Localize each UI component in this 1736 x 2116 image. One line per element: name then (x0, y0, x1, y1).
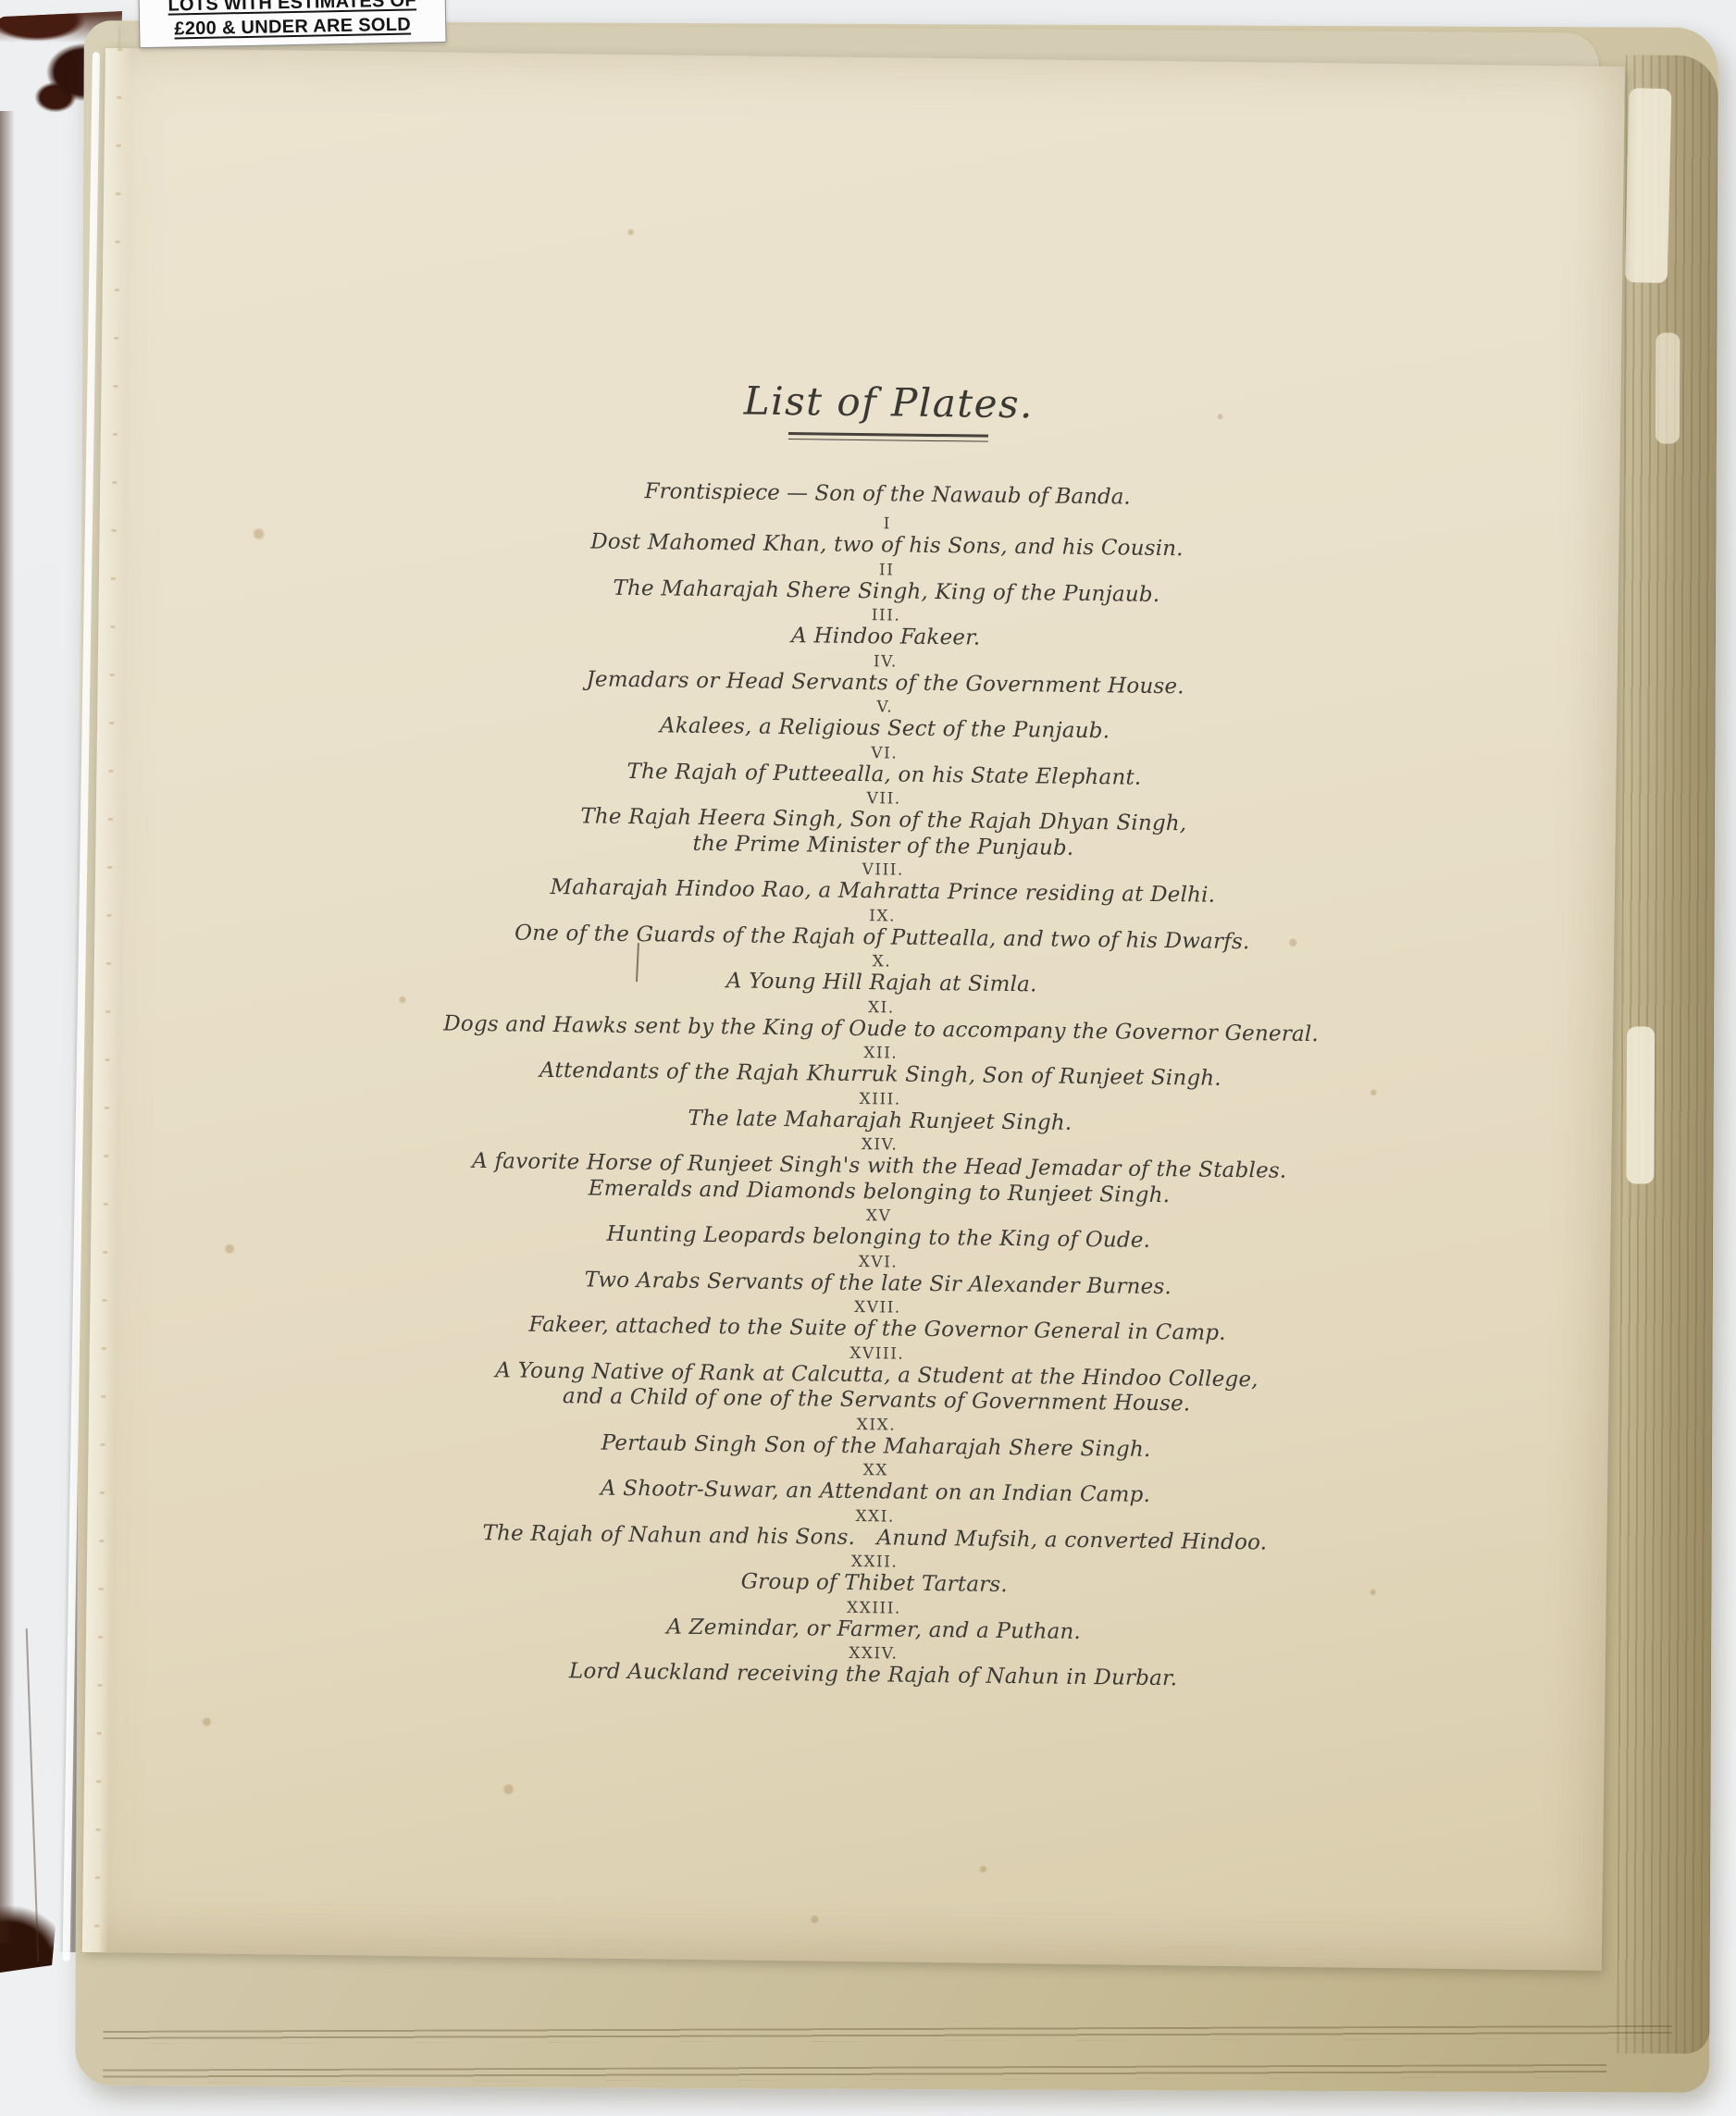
plate-numeral: XI. (868, 999, 895, 1016)
plate-numeral: IV. (874, 653, 898, 670)
plate-entry: I Dost Mahomed Khan, two of his Sons, an… (590, 512, 1184, 562)
plate-numeral: XXIII. (847, 1599, 901, 1616)
plate-numeral: I (884, 515, 891, 532)
list-of-plates-text: List of Plates. Frontispiece — Son of th… (122, 370, 1639, 1697)
plate-entry: XXIV. Lord Auckland receiving the Rajah … (569, 1641, 1178, 1692)
foxing-spot (627, 229, 635, 236)
plate-numeral: III. (872, 607, 901, 624)
plate-entry: VI. The Rajah of Putteealla, on his Stat… (626, 741, 1141, 790)
foxing-spot (810, 1914, 819, 1924)
plate-numeral: XV (866, 1207, 892, 1224)
plate-entry: X. A Young Hill Rajah at Simla. (726, 951, 1037, 998)
page-title: List of Plates. (743, 377, 1034, 427)
auction-label-line2: £200 & UNDER ARE SOLD (145, 12, 440, 42)
plate-numeral: XIX. (857, 1417, 897, 1434)
plate-title: Attendants of the Rajah Khurruk Singh, S… (539, 1058, 1221, 1093)
plate-numeral: XX (863, 1462, 888, 1479)
plate-entry: XVI. Two Arabs Servants of the late Sir … (584, 1250, 1172, 1300)
plate-numeral: XIII. (859, 1091, 900, 1108)
foxing-spot (202, 1716, 212, 1726)
plate-title: One of the Guards of the Rajah of Puttea… (515, 921, 1250, 955)
title-rule (788, 432, 988, 442)
plate-numeral: II (879, 562, 895, 578)
frontispiece-line: Frontispiece — Son of the Nawaub of Band… (644, 478, 1130, 510)
album-page: List of Plates. Frontispiece — Son of th… (82, 48, 1625, 1971)
cover-left-edge (0, 111, 15, 1943)
plate-title: A Shootr-Suwar, an Attendant on an India… (601, 1477, 1150, 1509)
plate-entry: XIV. A favorite Horse of Runjeet Singh's… (472, 1132, 1287, 1210)
plate-numeral: XIV. (862, 1136, 899, 1153)
plate-entry: II The Maharajah Shere Singh, King of th… (613, 558, 1159, 608)
plate-numeral: XXIV. (849, 1645, 898, 1663)
stack-chip (1655, 333, 1680, 444)
plate-entry: XII. Attendants of the Rajah Khurruk Sin… (539, 1041, 1221, 1092)
plate-entry: XVIII. A Young Native of Rank at Calcutt… (495, 1341, 1259, 1418)
stack-edge-lines-bottom (103, 2064, 1606, 2083)
plate-numeral: X. (873, 953, 892, 970)
plate-numeral: VIII. (862, 861, 904, 879)
plate-entry: XV Hunting Leopards belonging to the Kin… (606, 1205, 1150, 1255)
plate-entry: VII. The Rajah Heera Singh, Son of the R… (580, 786, 1187, 862)
plate-entry: XIX. Pertaub Singh Son of the Maharajah … (601, 1413, 1151, 1463)
plate-numeral: IX. (869, 908, 896, 924)
auction-label: LOTS WITH ESTIMATES OF £200 & UNDER ARE … (138, 0, 446, 48)
plate-entry: XXI. The Rajah of Nahun and his Sons. An… (482, 1503, 1267, 1556)
plate-numeral: V. (876, 699, 893, 715)
plate-entry: III. A Hindoo Fakeer. (791, 606, 981, 651)
plate-numeral: XVI. (859, 1254, 899, 1271)
plate-title: Pertaub Singh Son of the Maharajah Shere… (601, 1430, 1151, 1463)
plate-title: Hunting Leopards belonging to the King o… (606, 1222, 1150, 1255)
plate-entry: XVII. Fakeer, attached to the Suite of t… (528, 1295, 1226, 1347)
plate-numeral: XXI. (855, 1508, 895, 1526)
foxing-spot (502, 1783, 515, 1795)
plate-title: The late Maharajah Runjeet Singh. (688, 1106, 1072, 1136)
plate-title: The Rajah of Nahun and his Sons. Anund M… (482, 1521, 1267, 1556)
plate-entry: XX A Shootr-Suwar, an Attendant on an In… (601, 1459, 1151, 1509)
plate-title: The Rajah of Putteealla, on his State El… (626, 759, 1141, 790)
plate-entry: IV. Jemadars or Head Servants of the Gov… (586, 650, 1184, 699)
plate-title: A Young Hill Rajah at Simla. (726, 969, 1037, 998)
plate-entry: XIII. The late Maharajah Runjeet Singh. (688, 1088, 1073, 1136)
foxing-spot (979, 1865, 987, 1874)
plate-title-line2: the Prime Minister of the Punjaub. (692, 831, 1073, 861)
plates-list: I Dost Mahomed Khan, two of his Sons, an… (436, 508, 1325, 1694)
plate-entry: VIII. Maharajah Hindoo Rao, a Mahratta P… (550, 858, 1215, 909)
plate-title: Dost Mahomed Khan, two of his Sons, and … (590, 529, 1184, 562)
plate-title: A Hindoo Fakeer. (791, 624, 980, 651)
plate-title: Two Arabs Servants of the late Sir Alexa… (584, 1268, 1172, 1300)
plate-title: A Zemindar, or Farmer, and a Puthan. (666, 1615, 1081, 1645)
plate-entry: V. Akalees, a Religious Sect of the Punj… (660, 696, 1110, 744)
plate-title: Lord Auckland receiving the Rajah of Nah… (569, 1659, 1178, 1692)
plate-title: The Rajah Heera Singh, Son of the Rajah … (580, 804, 1186, 837)
plate-numeral: XVIII. (849, 1344, 904, 1362)
plate-numeral: XII. (863, 1045, 898, 1061)
photo-background: List of Plates. Frontispiece — Son of th… (0, 0, 1736, 2116)
plate-entry: IX. One of the Guards of the Rajah of Pu… (515, 903, 1250, 955)
plate-title: Jemadars or Head Servants of the Governm… (586, 667, 1184, 699)
plate-numeral: VII. (866, 790, 900, 807)
plate-numeral: VI. (871, 745, 898, 761)
plate-title: Group of Thibet Tartars. (740, 1570, 1008, 1599)
stack-edge-lines-bottom (103, 2025, 1671, 2044)
plate-entry: XXIII. A Zemindar, or Farmer, and a Puth… (666, 1597, 1081, 1645)
plate-entry: XXII. Group of Thibet Tartars. (740, 1553, 1008, 1599)
plate-numeral: XVII. (854, 1299, 901, 1317)
plate-title: Akalees, a Religious Sect of the Punjaub… (660, 713, 1110, 744)
plate-numeral: XXII. (851, 1553, 899, 1571)
plate-title: The Maharajah Shere Singh, King of the P… (613, 575, 1159, 608)
plate-entry: XI. Dogs and Hawks sent by the King of O… (443, 994, 1319, 1047)
stack-chip (1625, 88, 1672, 283)
